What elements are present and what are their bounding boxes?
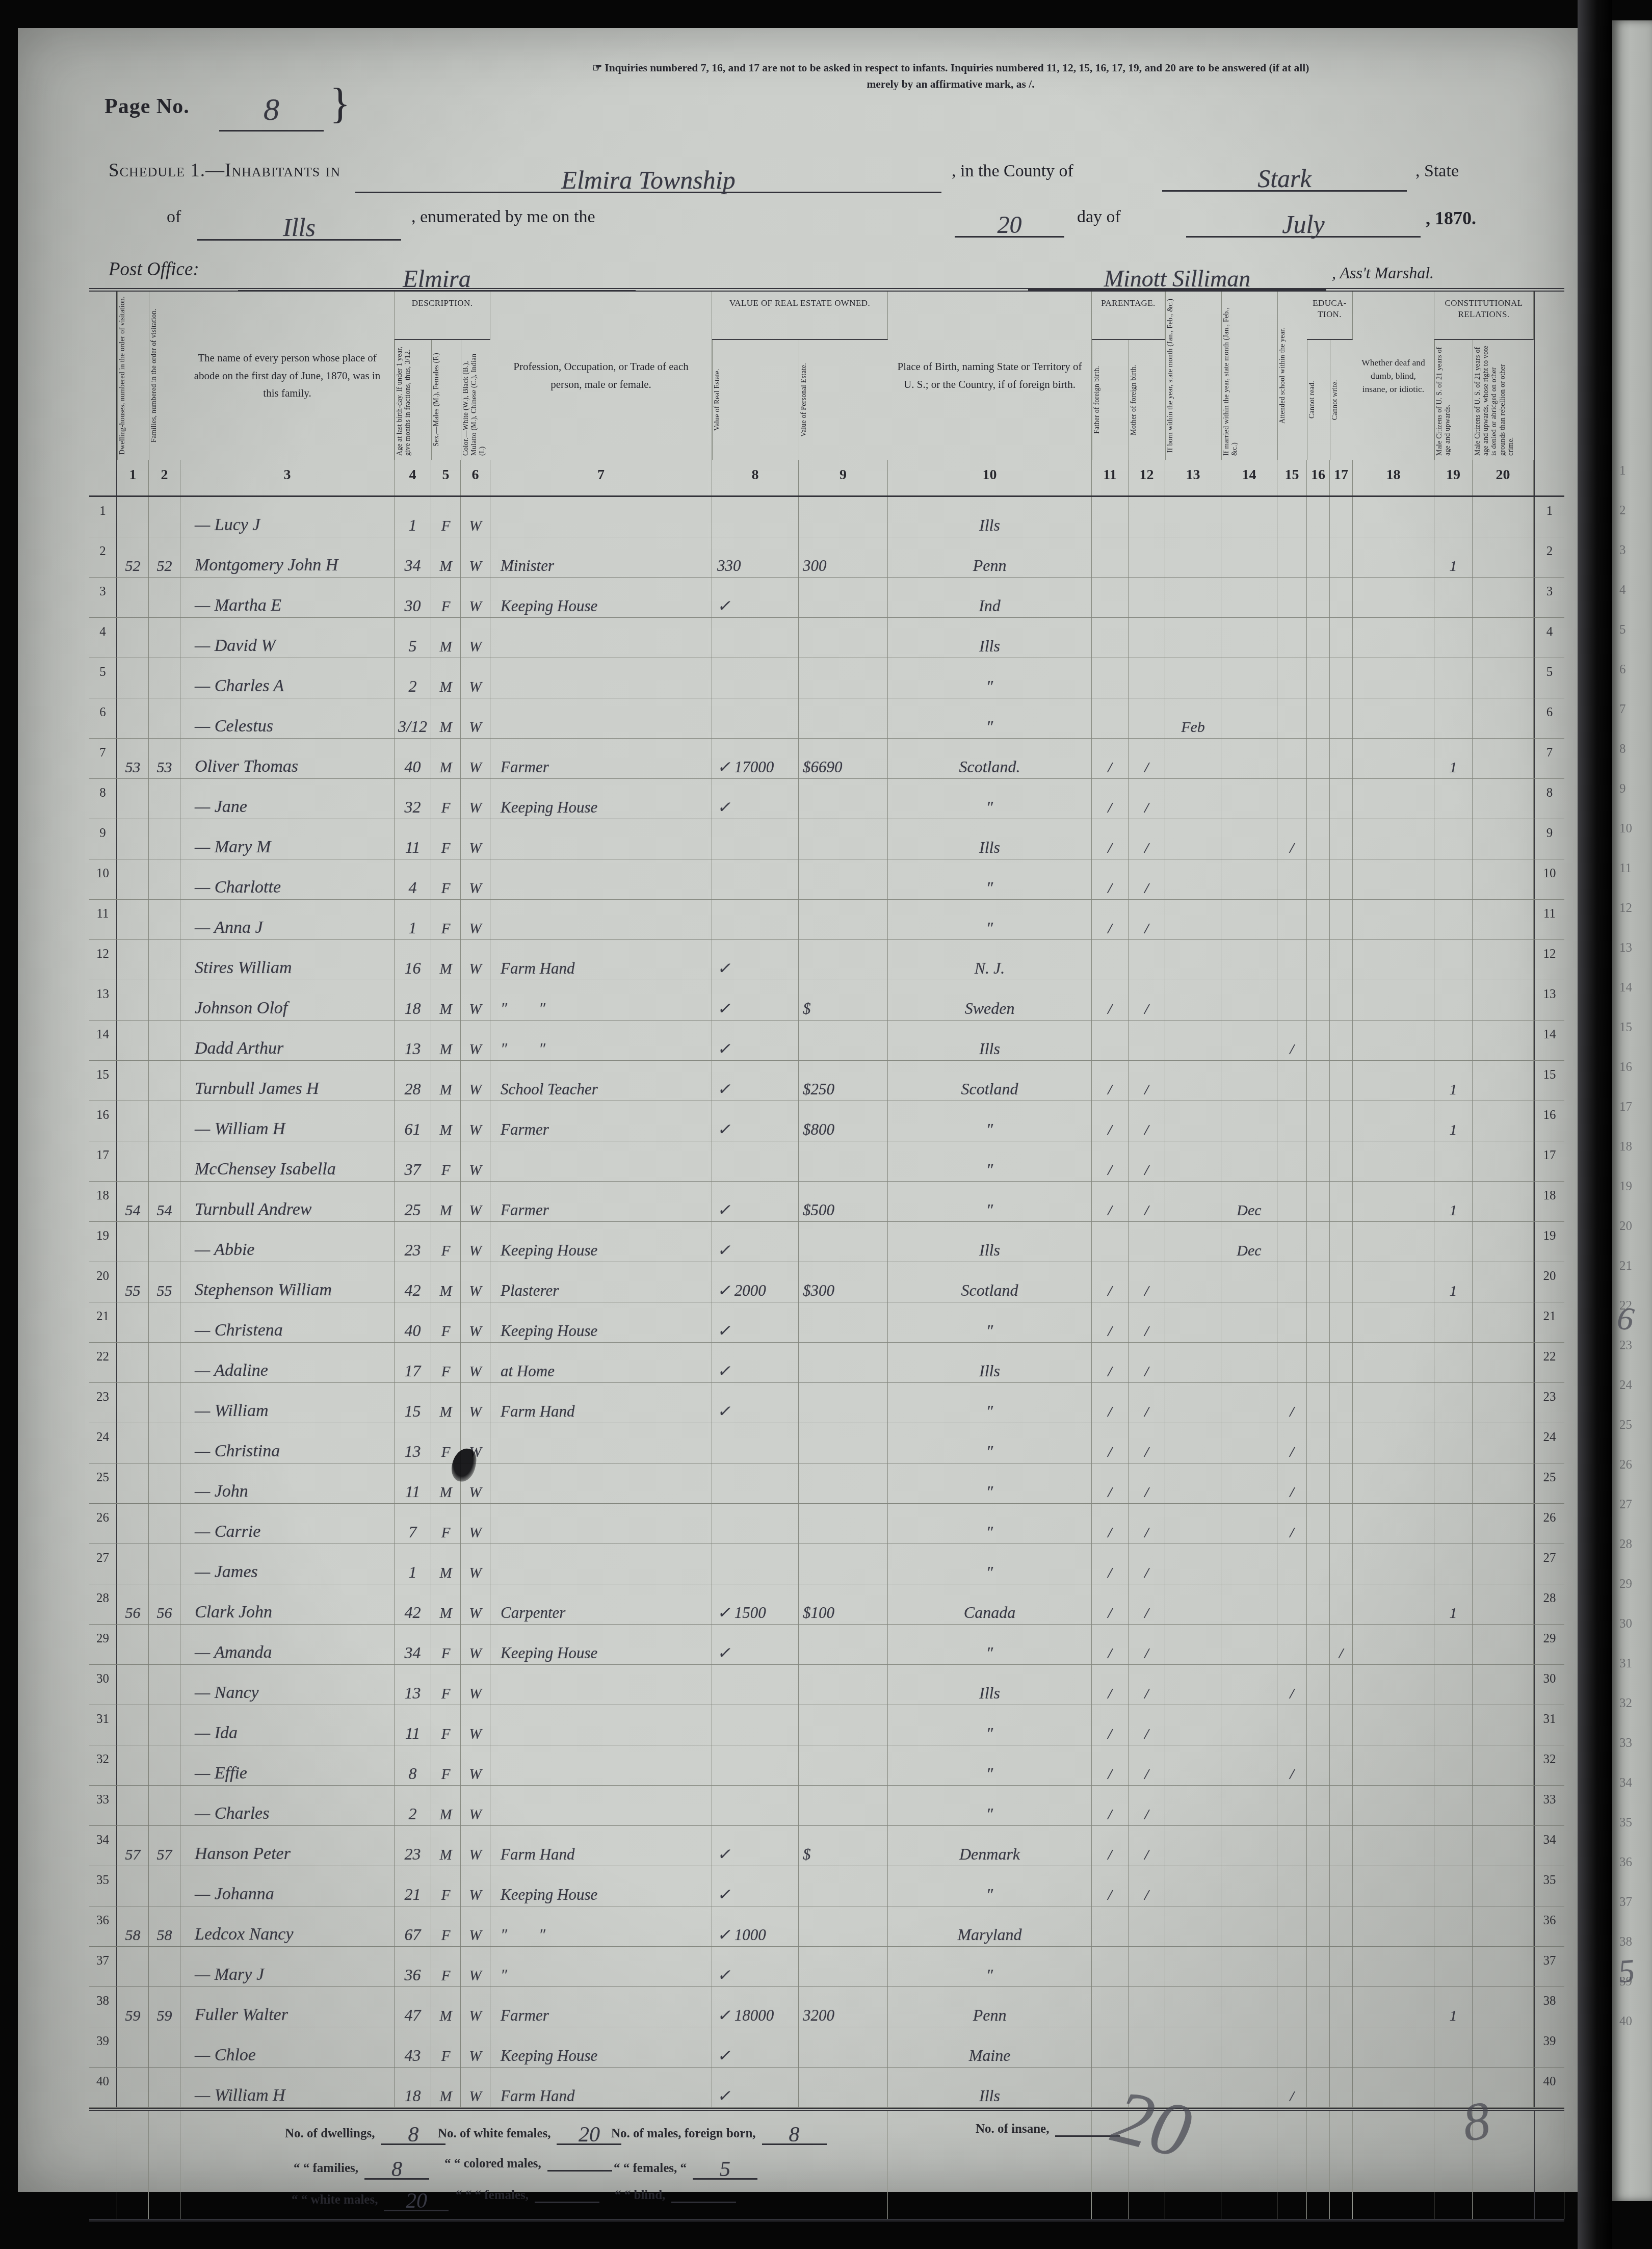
cell-col1 [117,1463,149,1503]
cell-col10: ″ [888,859,1092,899]
cell-col12 [1129,2068,1165,2107]
cell-col12: / [1129,819,1165,859]
cell-col18 [1353,1665,1434,1705]
cell-col6: W [461,1302,490,1342]
cell-col7: Farm Hand [490,2068,712,2107]
table-row: 39— Chloe43FWKeeping House✓Maine39 [89,2027,1564,2068]
cell-col14: Dec [1221,1222,1277,1262]
cell-col8 [712,658,799,698]
table-row: 27— James1MW″//27 [89,1544,1564,1584]
cell-col18 [1353,2068,1434,2107]
cell-col9 [799,859,888,899]
row-number: 2 [1534,537,1564,577]
cell-col4: 40 [395,739,431,778]
table-row: 4— David W5MWIlls4 [89,618,1564,658]
row-number: 8 [1534,779,1564,819]
cell-col6: W [461,1182,490,1221]
cell-col16 [1307,1302,1330,1342]
cell-col13 [1165,1705,1221,1745]
cell-col15 [1277,1182,1307,1221]
cell-col8 [712,859,799,899]
cell-col3: — Abbie [180,1222,395,1262]
table-row: 9— Mary M11FWIlls///9 [89,819,1564,859]
cell-col16 [1307,2027,1330,2067]
row-number: 22 [89,1343,117,1382]
column-number: 15 [1277,460,1307,495]
row-number: 19 [89,1222,117,1262]
cell-col8 [712,698,799,738]
adjacent-row-number: 11 [1612,861,1652,901]
cell-col9 [799,1302,888,1342]
cell-col1: 53 [117,739,149,778]
cell-col15: / [1277,1463,1307,1503]
table-row: 285656Clark John42MWCarpenter✓ 1500$100C… [89,1584,1564,1625]
cell-col8: ✓ [712,578,799,617]
cell-col1 [117,900,149,939]
cell-col18 [1353,739,1434,778]
tally-blind: “ “ blind, [615,2188,736,2203]
cell-col3: — William H [180,2068,395,2107]
cell-col14 [1221,1141,1277,1181]
cell-col7 [490,1141,712,1181]
cell-col9 [799,819,888,859]
cell-col10: ″ [888,1544,1092,1584]
cell-col8: ✓ 18000 [712,1987,799,2027]
adjacent-row-number: 29 [1612,1577,1652,1617]
cell-col19 [1434,1826,1473,1866]
cell-col8: ✓ [712,2027,799,2067]
tally-colored-females: “ “ “ females, [456,2188,599,2203]
cell-col15 [1277,537,1307,577]
post-office-label: Post Office: [109,258,199,280]
cell-col16 [1307,1584,1330,1624]
cell-col8: ✓ [712,1021,799,1060]
cell-col10: ″ [888,1947,1092,1986]
marshal-title: , Ass't Marshal. [1332,264,1434,282]
cell-col5: F [431,1302,461,1342]
cell-col20 [1473,1383,1534,1423]
cell-col20 [1473,1061,1534,1101]
cell-col12: / [1129,1584,1165,1624]
cell-col4: 16 [395,940,431,980]
cell-col12 [1129,1987,1165,2027]
cell-col1 [117,1383,149,1423]
cell-col17 [1330,739,1353,778]
cell-col15 [1277,1987,1307,2027]
cell-col16 [1307,1222,1330,1262]
cell-col9 [799,1021,888,1060]
cell-col18 [1353,859,1434,899]
cell-col6: W [461,1987,490,2027]
cell-col16 [1307,1665,1330,1705]
cell-col11: / [1092,1544,1129,1584]
cell-col18 [1353,1182,1434,1221]
row-number: 36 [1534,1906,1564,1946]
column-number: 9 [799,460,888,495]
column-number: 3 [180,460,395,495]
cell-col14 [1221,819,1277,859]
cell-col13 [1165,859,1221,899]
cell-col11: / [1092,1786,1129,1825]
cell-col10: ″ [888,1101,1092,1141]
cell-col7 [490,618,712,658]
row-number: 1 [1534,497,1564,537]
cell-col7 [490,658,712,698]
tally-colored-males: “ “ colored males, [444,2157,612,2171]
tally-value [547,2170,612,2172]
cell-col4: 32 [395,779,431,819]
cell-col13 [1165,1061,1221,1101]
cell-col9 [799,900,888,939]
cell-col16 [1307,2068,1330,2107]
cell-col11: / [1092,1504,1129,1544]
cell-col17 [1330,698,1353,738]
day-value: 20 [955,211,1064,239]
cell-col6: W [461,1061,490,1101]
cell-col16 [1307,1947,1330,1986]
cell-col1: 56 [117,1584,149,1624]
cell-col1 [117,859,149,899]
cell-col11 [1092,1906,1129,1946]
row-number: 5 [1534,658,1564,698]
cell-col8: ✓ [712,1383,799,1423]
cell-col6: W [461,618,490,658]
cell-col5: F [431,497,461,537]
cell-col1 [117,1302,149,1342]
cell-col16 [1307,658,1330,698]
tally-dwellings: No. of dwellings,8 [285,2122,445,2141]
cell-col16 [1307,1745,1330,1785]
cell-col7 [490,1544,712,1584]
cell-col5: F [431,859,461,899]
tally-insane: No. of insane, [976,2122,1120,2136]
footer-edge-right [1534,2111,1564,2219]
tally-label: No. of dwellings, [285,2127,375,2140]
column-number: 10 [888,460,1092,495]
cell-col4: 34 [395,1625,431,1664]
cell-col18 [1353,1262,1434,1302]
cell-col7: Keeping House [490,1866,712,1906]
cell-col12: / [1129,1665,1165,1705]
cell-col9 [799,618,888,658]
cell-col15 [1277,1826,1307,1866]
cell-col7 [490,1423,712,1463]
cell-col10: Penn [888,1987,1092,2027]
cell-col10: Maine [888,2027,1092,2067]
row-number: 15 [1534,1061,1564,1101]
cell-col17 [1330,1786,1353,1825]
cell-col6: W [461,739,490,778]
cell-col7: Minister [490,537,712,577]
cell-col17 [1330,1302,1353,1342]
cell-col2 [149,1463,180,1503]
cell-col15 [1277,1625,1307,1664]
row-number: 39 [89,2027,117,2067]
column-header-10: Place of Birth, naming State or Territor… [888,292,1092,460]
cell-col13 [1165,1786,1221,1825]
cell-col15: / [1277,2068,1307,2107]
cell-col14 [1221,1463,1277,1503]
cell-col19 [1434,698,1473,738]
cell-col9 [799,1343,888,1382]
cell-col18 [1353,1423,1434,1463]
cell-col11: / [1092,1423,1129,1463]
cell-col20 [1473,2027,1534,2067]
cell-col2 [149,1665,180,1705]
cell-col14 [1221,1061,1277,1101]
column-number: 11 [1092,460,1129,495]
cell-col11: / [1092,1705,1129,1745]
cell-col4: 8 [395,1745,431,1785]
cell-col11: / [1092,1343,1129,1382]
cell-col1 [117,1021,149,1060]
cell-col20 [1473,1504,1534,1544]
cell-col10: Ills [888,1665,1092,1705]
cell-col12: / [1129,980,1165,1020]
cell-col1 [117,1786,149,1825]
table-footer: No. of dwellings,8 No. of white females,… [89,2108,1564,2221]
column-header-9: Value of Personal Estate. [799,340,888,460]
day-field: 20 [955,192,1064,238]
cell-col13 [1165,537,1221,577]
cell-col9 [799,1141,888,1181]
cell-col17 [1330,819,1353,859]
table-row: 12Stires William16MWFarm Hand✓N. J.12 [89,940,1564,980]
cell-col1 [117,1222,149,1262]
cell-col6: W [461,1343,490,1382]
cell-col5: M [431,698,461,738]
cell-col11 [1092,578,1129,617]
cell-col20 [1473,819,1534,859]
cell-col3: Hanson Peter [180,1826,395,1866]
county-label: , in the County of [952,162,1073,181]
cell-col13 [1165,1101,1221,1141]
cell-col10: Ills [888,2068,1092,2107]
cell-col19 [1434,1021,1473,1060]
cell-col19 [1434,900,1473,939]
cell-col5: M [431,940,461,980]
cell-col16 [1307,1343,1330,1382]
cell-col10: ″ [888,1866,1092,1906]
adjacent-row-number: 5 [1612,623,1652,663]
cell-col8 [712,1463,799,1503]
cell-col6: W [461,1544,490,1584]
cell-col12: / [1129,1141,1165,1181]
cell-col5: M [431,537,461,577]
cell-col13 [1165,1826,1221,1866]
cell-col3: — Johanna [180,1866,395,1906]
cell-col1 [117,2068,149,2107]
cell-col17 [1330,1504,1353,1544]
cell-col1: 59 [117,1987,149,2027]
cell-col1: 58 [117,1906,149,1946]
cell-col8: ✓ [712,1826,799,1866]
cell-col20 [1473,1745,1534,1785]
adjacent-row-number: 10 [1612,822,1652,861]
cell-col8 [712,1745,799,1785]
cell-col9 [799,779,888,819]
cell-col14 [1221,980,1277,1020]
row-number: 21 [1534,1302,1564,1342]
cell-col16 [1307,819,1330,859]
cell-col14 [1221,1343,1277,1382]
table-row: 5— Charles A2MW″5 [89,658,1564,698]
day-of-label: day of [1077,207,1121,227]
cell-col3: — Martha E [180,578,395,617]
cell-col11: / [1092,1262,1129,1302]
post-office-field: Elmira [238,246,636,292]
cell-col7: Keeping House [490,2027,712,2067]
cell-col3: — Ida [180,1705,395,1745]
cell-col12 [1129,618,1165,658]
table-row: 24— Christina13FW″///24 [89,1423,1564,1463]
cell-col1 [117,658,149,698]
cell-col16 [1307,1866,1330,1906]
cell-col15: / [1277,1665,1307,1705]
row-number: 33 [89,1786,117,1825]
tally-label: “ “ blind, [615,2188,665,2202]
cell-col5: M [431,1101,461,1141]
cell-col9 [799,1544,888,1584]
row-number: 39 [1534,2027,1564,2067]
cell-col11 [1092,1947,1129,1986]
cell-col10: Ind [888,578,1092,617]
pointing-hand-icon: ☞ [592,62,602,74]
cell-col15 [1277,1222,1307,1262]
page-no-brace: } [330,79,350,128]
cell-col2 [149,779,180,819]
cell-col10: ″ [888,698,1092,738]
cell-col14 [1221,900,1277,939]
cell-col17 [1330,1745,1353,1785]
cell-col4: 23 [395,1222,431,1262]
cell-col13 [1165,1947,1221,1986]
cell-col8: ✓ 1000 [712,1906,799,1946]
cell-col2: 56 [149,1584,180,1624]
tally-label: No. of insane, [976,2122,1049,2136]
adjacent-row-number: 17 [1612,1100,1652,1140]
row-number: 20 [1534,1262,1564,1302]
row-number: 11 [1534,900,1564,939]
cell-col11: / [1092,1665,1129,1705]
table-row: 26— Carrie7FW″///26 [89,1504,1564,1544]
cell-col10: ″ [888,1182,1092,1221]
cell-col4: 36 [395,1947,431,1986]
cell-col19: 1 [1434,1584,1473,1624]
cell-col13 [1165,1383,1221,1423]
cell-col20 [1473,1463,1534,1503]
cell-col1 [117,1745,149,1785]
cell-col11: / [1092,739,1129,778]
cell-col1 [117,1504,149,1544]
cell-col14 [1221,1584,1277,1624]
cell-col7: Keeping House [490,578,712,617]
cell-col17 [1330,1383,1353,1423]
row-number: 8 [89,779,117,819]
cell-col4: 2 [395,1786,431,1825]
column-number: 14 [1221,460,1277,495]
cell-col14 [1221,618,1277,658]
cell-col17 [1330,1584,1353,1624]
cell-col12: / [1129,1061,1165,1101]
cell-col17 [1330,1947,1353,1986]
cell-col11: / [1092,1061,1129,1101]
cell-col18 [1353,1141,1434,1181]
cell-col12 [1129,1222,1165,1262]
cell-col17 [1330,1101,1353,1141]
cell-col6: W [461,1021,490,1060]
column-header-7: Profession, Occupation, or Trade of each… [490,292,712,460]
cell-col18 [1353,1504,1434,1544]
cell-col16 [1307,1705,1330,1745]
cell-col4: 42 [395,1262,431,1302]
cell-col3: — William [180,1383,395,1423]
cell-col3: Montgomery John H [180,537,395,577]
cell-col11: / [1092,1826,1129,1866]
cell-col12 [1129,1021,1165,1060]
cell-col2 [149,1383,180,1423]
cell-col6: W [461,779,490,819]
tally-value: 5 [693,2161,757,2180]
cell-col7: Keeping House [490,779,712,819]
row-number: 27 [89,1544,117,1584]
header-edge [89,292,117,495]
cell-col6: W [461,1705,490,1745]
cell-col2 [149,1222,180,1262]
cell-col18 [1353,2027,1434,2067]
cell-col12 [1129,2027,1165,2067]
cell-col1 [117,980,149,1020]
table-row: 19— Abbie23FWKeeping House✓IllsDec19 [89,1222,1564,1262]
cell-col10: ″ [888,1383,1092,1423]
adjacent-row-number: 4 [1612,583,1652,623]
row-number: 11 [89,900,117,939]
cell-col6: W [461,980,490,1020]
tally-label: No. of white females, [438,2127,550,2140]
cell-col11: / [1092,1866,1129,1906]
enumerated-label: , enumerated by me on the [411,207,595,227]
cell-col16 [1307,1504,1330,1544]
cell-col18 [1353,537,1434,577]
column-header-5: Sex.—Males (M.), Females (F.) [431,340,461,460]
table-row: 22— Adaline17FWat Home✓Ills//22 [89,1343,1564,1383]
cell-col6: W [461,497,490,537]
cell-col1: 52 [117,537,149,577]
cell-col20 [1473,1222,1534,1262]
cell-col16 [1307,1906,1330,1946]
cell-col4: 42 [395,1584,431,1624]
cell-col18 [1353,819,1434,859]
row-number: 25 [1534,1463,1564,1503]
cell-col15 [1277,2027,1307,2067]
adjacent-row-number: 7 [1612,702,1652,742]
footer-cell [1277,2111,1307,2219]
cell-col5: F [431,578,461,617]
table-row: 16— William H61MWFarmer✓$800″//116 [89,1101,1564,1141]
cell-col5: M [431,1786,461,1825]
table-row: 32— Effie8FW″///32 [89,1745,1564,1786]
cell-col5: M [431,739,461,778]
cell-col4: 34 [395,537,431,577]
cell-col13 [1165,578,1221,617]
cell-col12: / [1129,1182,1165,1221]
row-number: 28 [89,1584,117,1624]
footer-cell [1221,2111,1277,2219]
cell-col4: 25 [395,1182,431,1221]
adjacent-row-number: 9 [1612,782,1652,822]
cell-col13 [1165,1584,1221,1624]
cell-col6: W [461,859,490,899]
